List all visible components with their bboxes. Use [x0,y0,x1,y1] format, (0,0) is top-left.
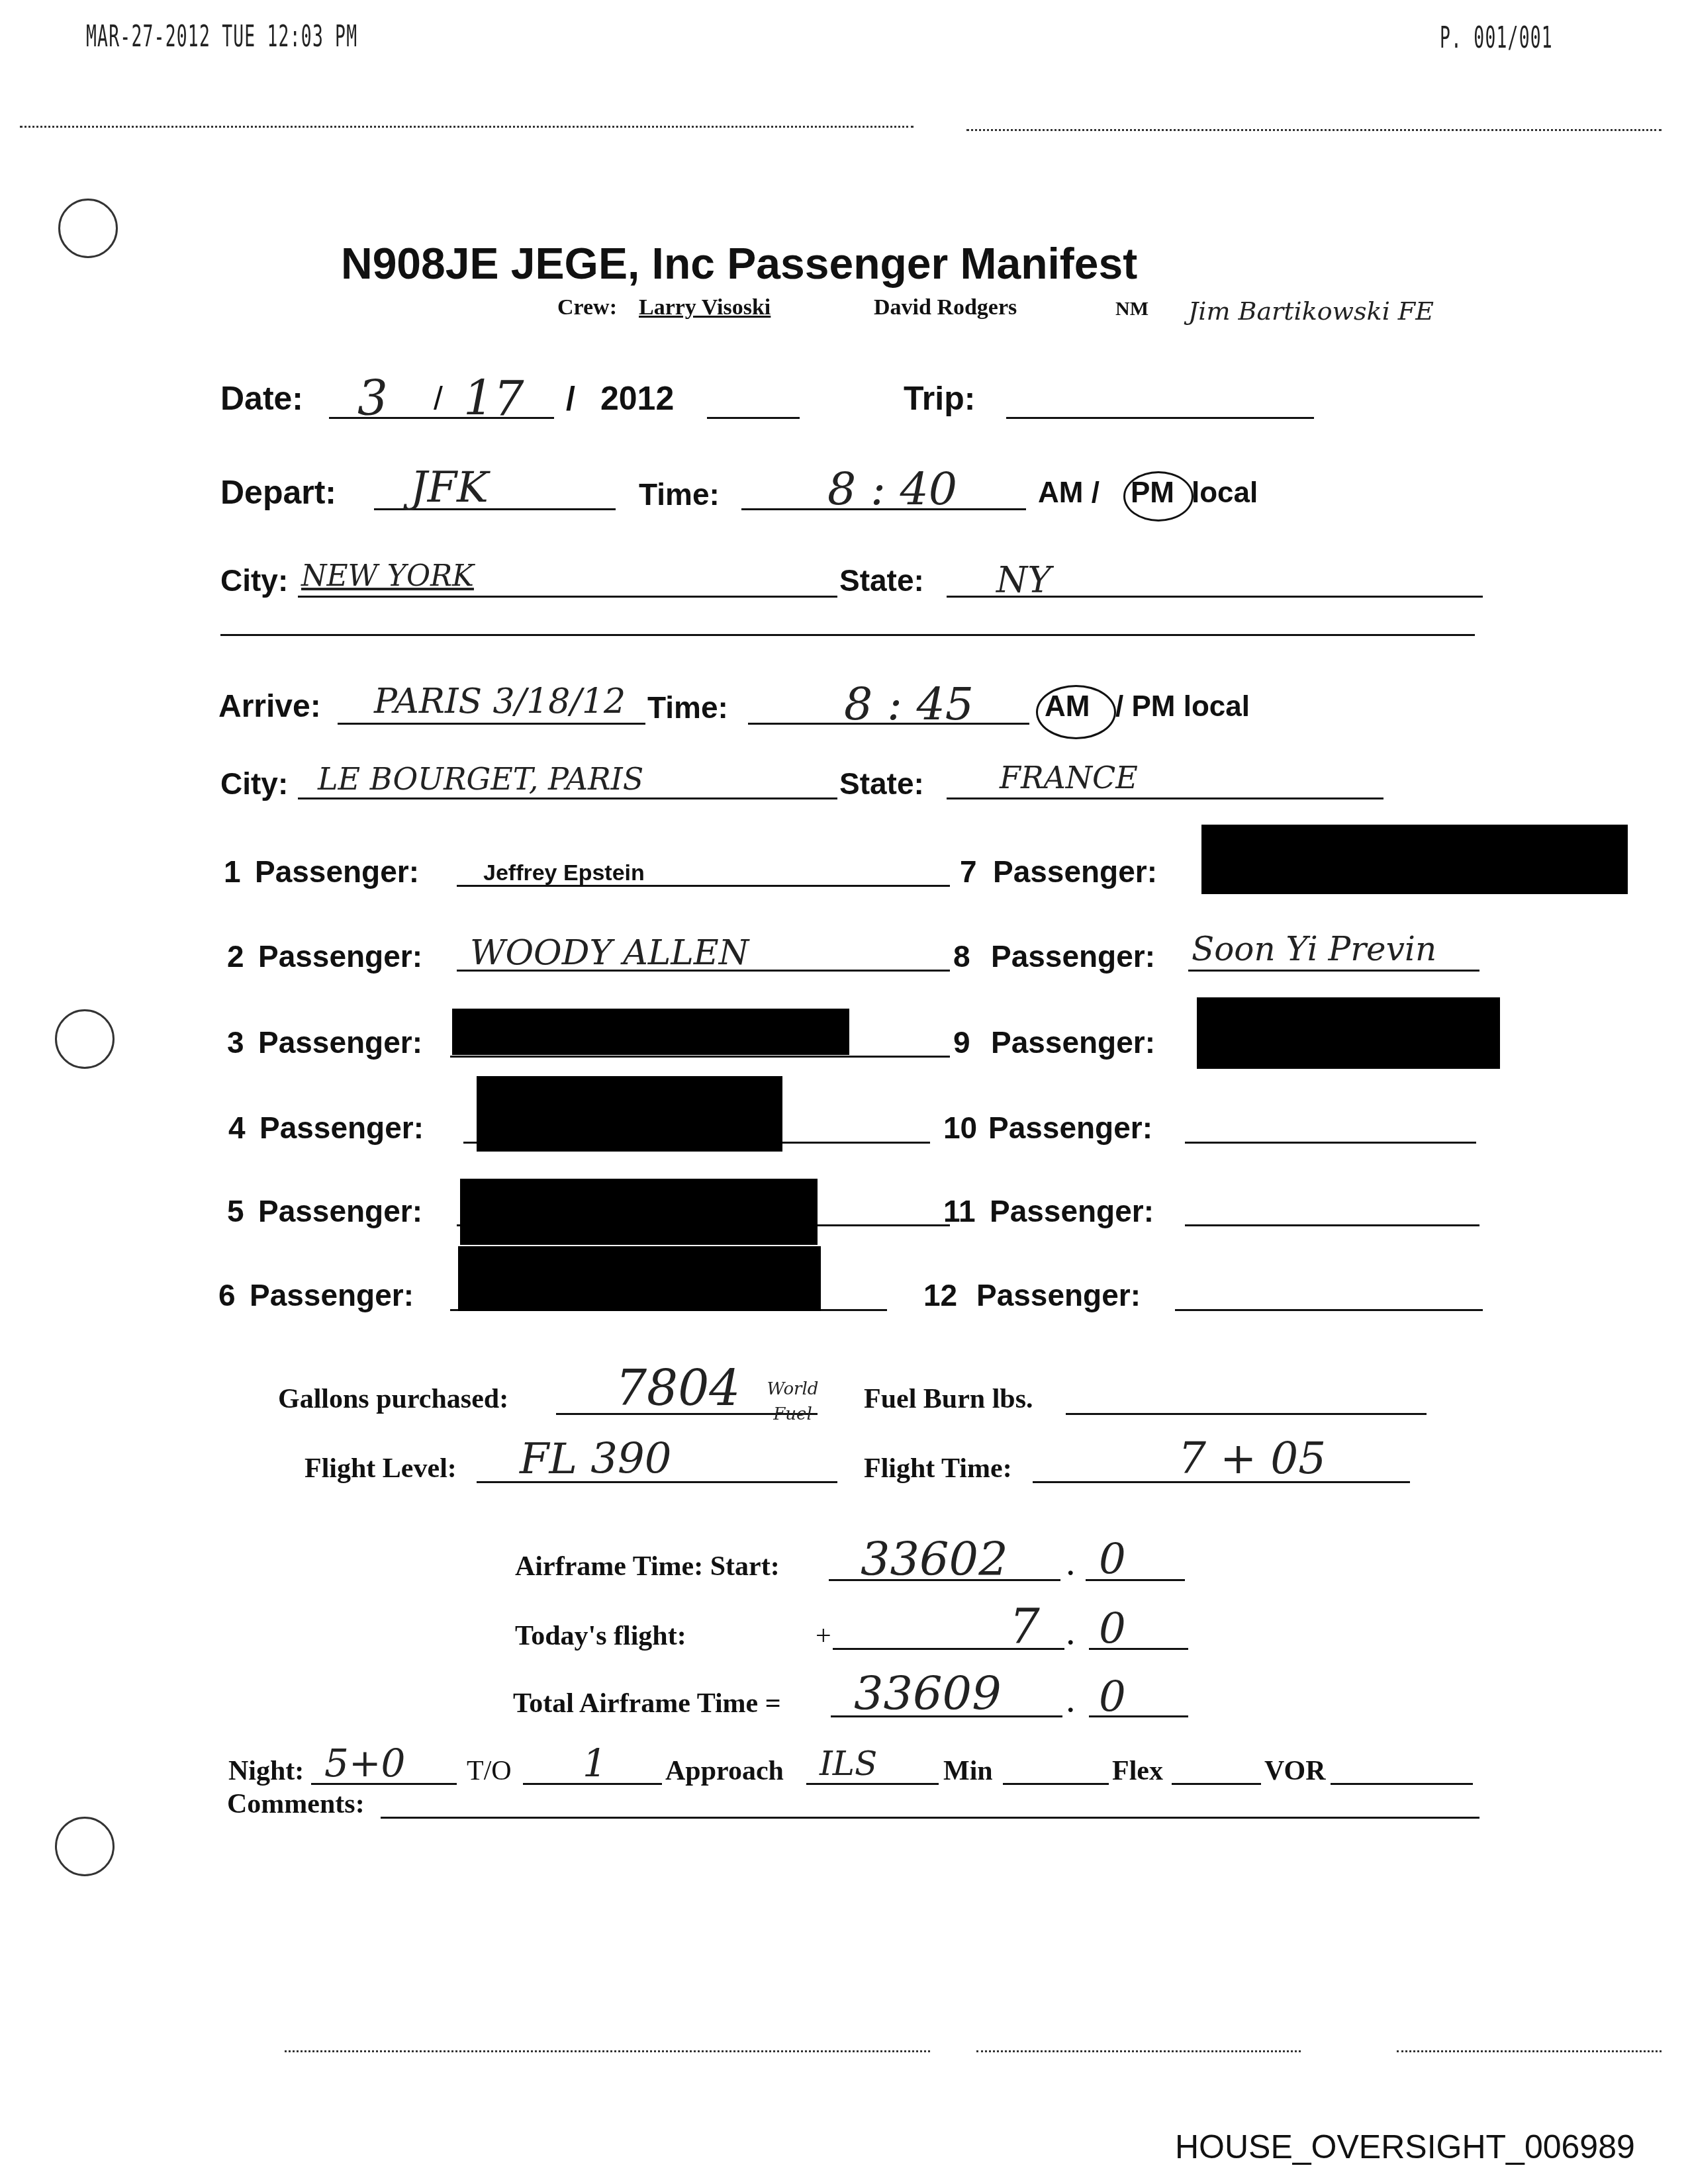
vor-field[interactable] [1331,1783,1473,1785]
arrive-state-field[interactable] [947,797,1383,799]
flex-label: Flex [1112,1755,1163,1787]
passenger-3-number: 3 [227,1024,244,1060]
trip-label: Trip: [904,379,975,418]
passenger-2-number: 2 [227,938,244,974]
depart-city-field[interactable] [298,596,837,598]
bates-number: HOUSE_OVERSIGHT_006989 [1175,2128,1635,2166]
footer-separator-2 [976,2050,1301,2052]
passenger-10-label: Passenger: [988,1110,1152,1146]
passenger-5-number: 5 [227,1193,244,1229]
gallons-note: World Fuel [761,1377,824,1427]
min-label: Min [943,1755,993,1787]
hole-punch-top [58,199,118,258]
to-value: 1 [583,1741,607,1786]
date-year: 2012 [600,379,674,418]
arrive-state-label: State: [839,766,924,801]
arrive-state: FRANCE [1000,760,1138,796]
todays-flight-plus: + [816,1620,831,1652]
passenger-9-label: Passenger: [991,1024,1155,1060]
passenger-7-redaction [1201,825,1628,894]
passenger-4-label: Passenger: [259,1110,424,1146]
passenger-8-number: 8 [953,938,970,974]
crew-member-1: Larry Visoski [639,295,771,320]
passenger-12-field[interactable] [1175,1309,1483,1311]
arrive-time: 8 : 45 [844,678,974,731]
passenger-1-label: Passenger: [255,854,419,889]
gallons-value: 7804 [616,1360,740,1417]
passenger-4-redaction [477,1076,782,1152]
hole-punch-bottom [55,1817,115,1876]
arrive-am-option[interactable]: AM [1045,690,1090,723]
crew-member-3: Jim Bartikowski FE [1188,296,1434,326]
total-airframe-label: Total Airframe Time = [513,1688,781,1719]
airframe-start-dot: . [1067,1551,1074,1582]
depart-label: Depart: [220,473,336,512]
passenger-2-name: WOODY ALLEN [470,933,749,973]
passenger-10-field[interactable] [1185,1142,1476,1144]
depart-value: JFK [410,463,489,512]
passenger-11-label: Passenger: [990,1193,1154,1229]
hole-punch-middle [55,1009,115,1069]
total-airframe-dot: . [1067,1688,1074,1719]
passenger-9-redaction [1197,997,1500,1069]
comments-label: Comments: [227,1788,365,1820]
nm-label: NM [1115,298,1149,320]
passenger-6-label: Passenger: [250,1277,414,1313]
arrive-city: LE BOURGET, PARIS [318,761,643,797]
passenger-7-label: Passenger: [993,854,1157,889]
form-title: N908JE JEGE, Inc Passenger Manifest [341,238,1137,289]
passenger-12-label: Passenger: [976,1277,1141,1313]
fax-page-number: P. 001/001 [1440,21,1553,55]
todays-flight-dot: . [1067,1620,1074,1652]
arrive-pm-local[interactable]: / PM local [1115,690,1250,723]
passenger-5-label: Passenger: [258,1193,422,1229]
approach-label: Approach [665,1755,784,1787]
passenger-5-redaction [460,1179,818,1245]
crew-label: Crew: [557,295,617,320]
fax-separator-left [20,126,914,128]
fax-separator-right [966,129,1662,131]
passenger-2-label: Passenger: [258,938,422,974]
date-month: 3 [357,371,388,426]
flight-time-label: Flight Time: [864,1453,1012,1484]
passenger-4-number: 4 [228,1110,246,1146]
depart-local-label: local [1192,477,1258,510]
todays-flight-value: 7 [1009,1598,1040,1654]
flight-time-value: 7 + 05 [1178,1433,1326,1484]
passenger-11-number: 11 [943,1193,976,1229]
depart-city: NEW YORK [301,559,474,593]
passenger-8-field[interactable] [1188,970,1479,972]
total-airframe-dec: 0 [1099,1673,1126,1722]
airframe-start-value: 33602 [861,1532,1008,1586]
passenger-7-number: 7 [960,854,977,889]
flight-level-label: Flight Level: [305,1453,457,1484]
footer-separator-3 [1397,2050,1662,2052]
total-airframe-value: 33609 [854,1666,1002,1721]
vor-label: VOR [1264,1755,1326,1787]
arrive-city-field[interactable] [298,797,837,799]
arrive-time-label: Time: [647,690,728,725]
fuel-burn-field[interactable] [1066,1413,1427,1415]
passenger-10-number: 10 [943,1110,977,1146]
todays-flight-label: Today's flight: [515,1620,686,1652]
night-label: Night: [228,1755,304,1787]
passenger-6-redaction [458,1246,821,1311]
passenger-9-number: 9 [953,1024,970,1060]
comments-field[interactable] [381,1817,1479,1819]
passenger-12-number: 12 [923,1277,957,1313]
airframe-start-label: Airframe Time: Start: [515,1551,780,1582]
date-sep-2: / [566,379,575,418]
arrive-city-label: City: [220,766,288,801]
depart-time: 8 : 40 [827,463,957,516]
separator-line [220,634,1475,636]
approach-value: ILS [820,1745,877,1783]
date-year-line [707,417,800,419]
depart-state: NY [996,559,1051,601]
passenger-8-label: Passenger: [991,938,1155,974]
depart-state-label: State: [839,563,924,598]
arrive-label: Arrive: [218,688,321,725]
passenger-3-redaction [452,1009,849,1055]
passenger-11-field[interactable] [1185,1224,1479,1226]
fuel-burn-label: Fuel Burn lbs. [864,1383,1033,1415]
fax-timestamp: MAR-27-2012 TUE 12:03 PM [86,20,357,54]
passenger-1-name: Jeffrey Epstein [483,860,645,886]
gallons-label: Gallons purchased: [278,1383,508,1415]
footer-separator-1 [285,2050,930,2052]
flight-level-value: FL 390 [520,1435,671,1484]
passenger-6-number: 6 [218,1277,236,1313]
depart-am-option[interactable]: AM / [1038,477,1100,510]
crew-member-2: David Rodgers [874,295,1017,320]
todays-flight-dec: 0 [1099,1605,1126,1654]
depart-city-label: City: [220,563,288,598]
depart-pm-option[interactable]: PM [1131,477,1174,510]
arrive-value: PARIS 3/18/12 [374,682,626,721]
night-value: 5+0 [324,1741,405,1786]
flex-field[interactable] [1172,1783,1261,1785]
to-label: T/O [467,1755,512,1787]
airframe-start-dec: 0 [1099,1535,1126,1584]
passenger-1-number: 1 [224,854,241,889]
passenger-3-label: Passenger: [258,1024,422,1060]
date-day: 17 [463,371,524,426]
trip-field[interactable] [1006,417,1314,419]
passenger-3-field[interactable] [450,1056,950,1058]
arrive-field[interactable] [338,723,645,725]
min-field[interactable] [1003,1783,1109,1785]
depart-time-label: Time: [639,477,720,512]
date-label: Date: [220,379,303,418]
passenger-8-name: Soon Yi Previn [1192,930,1436,968]
approach-field[interactable] [806,1783,939,1785]
date-sep-1: / [434,379,443,418]
